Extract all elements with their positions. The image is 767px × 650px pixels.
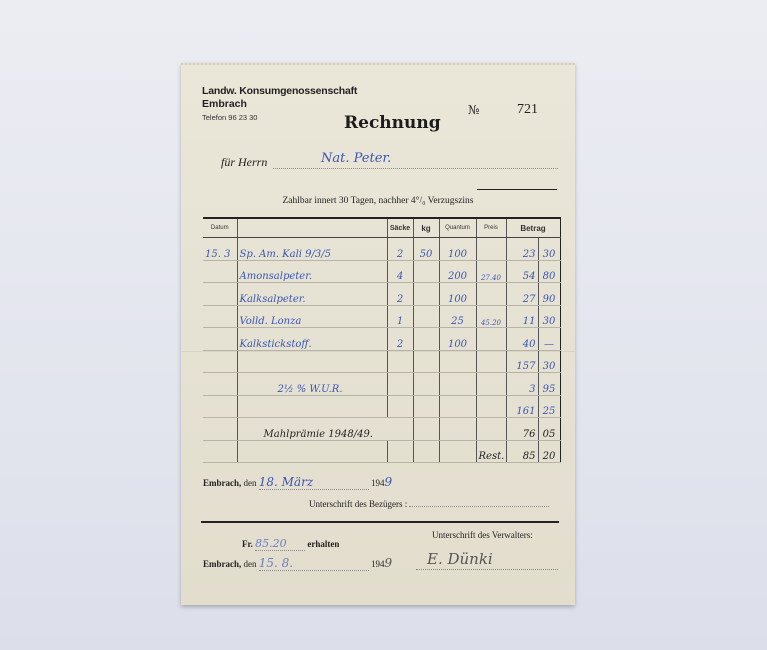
- den-label-2: den: [244, 559, 257, 569]
- invoice-items-table: Datum Säcke kg Quantum Preis Betrag 15. …: [203, 217, 561, 463]
- fr-label: Fr.: [242, 539, 253, 549]
- cell-date: [203, 395, 237, 418]
- recipient-name: Nat. Peter.: [321, 151, 391, 166]
- cell-item: Kalksalpeter.: [237, 283, 387, 306]
- manager-signature: E. Dünki: [427, 550, 493, 568]
- table-row-subtotal: 157 30: [203, 350, 560, 373]
- cell-rappen: 25: [538, 395, 560, 418]
- cell-kg: [413, 440, 439, 463]
- cell-franken: 157: [506, 350, 538, 373]
- cell-rappen: 90: [538, 283, 560, 306]
- cell-kg: [413, 328, 439, 351]
- cell-rappen: 30: [538, 350, 560, 373]
- cell-quantum: [439, 350, 476, 373]
- cell-preis: [476, 350, 506, 373]
- col-quantum: Quantum: [439, 218, 476, 238]
- cell-quantum: [439, 395, 476, 418]
- col-preis: Preis: [476, 218, 506, 238]
- cell-kg: [413, 305, 439, 328]
- cell-item: [237, 440, 387, 463]
- cell-rappen: —: [538, 328, 560, 351]
- cell-quantum: 100: [439, 328, 476, 351]
- cell-franken: 85: [506, 440, 538, 463]
- payment-date-line: Embrach, den 15. 8. 1949: [203, 556, 392, 571]
- place-label-2: Embrach,: [203, 559, 241, 569]
- cell-item: [237, 395, 387, 418]
- cell-quantum: 200: [439, 260, 476, 283]
- cell-quantum: 100: [439, 283, 476, 306]
- cell-kg: [413, 418, 439, 441]
- year-suffix-2: 9: [385, 556, 393, 570]
- section-divider: [201, 521, 559, 523]
- cell-date: 15. 3: [203, 238, 237, 261]
- cell-kg: [413, 395, 439, 418]
- cell-franken: 161: [506, 395, 538, 418]
- col-kg: kg: [413, 218, 439, 238]
- cell-kg: [413, 283, 439, 306]
- col-saecke: Säcke: [387, 218, 413, 238]
- cell-date: [203, 283, 237, 306]
- cell-quantum: [439, 418, 476, 441]
- number-sign: №: [468, 103, 479, 117]
- cell-franken: 76: [506, 418, 538, 441]
- place-label: Embrach,: [203, 478, 241, 488]
- payment-date: 15. 8.: [259, 556, 369, 571]
- year-prefix-2: 194: [371, 559, 385, 569]
- year-prefix: 194: [371, 478, 385, 488]
- cell-preis: [476, 283, 506, 306]
- cell-rest-label: Rest.: [476, 440, 506, 463]
- cell-date: [203, 260, 237, 283]
- cell-franken: 23: [506, 238, 538, 261]
- company-name: Landw. Konsumgenossenschaft: [202, 85, 357, 97]
- invoice-number: 721: [517, 102, 538, 118]
- cell-preis: [476, 395, 506, 418]
- cell-saecke: 1: [387, 305, 413, 328]
- header-rule: [477, 189, 557, 190]
- cell-date: [203, 305, 237, 328]
- cell-saecke: [387, 373, 413, 396]
- table-row: Kalkstickstoff. 2 100 40 —: [203, 328, 560, 351]
- cell-preis: [476, 328, 506, 351]
- table-row: 15. 3 Sp. Am. Kali 9/3/5 2 50 100 23 30: [203, 238, 560, 261]
- cell-saecke: 2: [387, 328, 413, 351]
- cell-saecke: 2: [387, 283, 413, 306]
- cell-item: Kalkstickstoff.: [237, 328, 387, 351]
- year-suffix: 9: [385, 475, 393, 489]
- cell-franken: 27: [506, 283, 538, 306]
- buyer-signature-field: [409, 506, 549, 507]
- cell-date: [203, 350, 237, 373]
- cell-preis: [476, 418, 506, 441]
- cell-franken: 40: [506, 328, 538, 351]
- invoice-date-line: Embrach, den 18. März 1949: [203, 475, 392, 490]
- cell-preis: [476, 238, 506, 261]
- cell-saecke: [387, 350, 413, 373]
- amount-received: 85.20: [255, 537, 305, 551]
- cell-kg: 50: [413, 238, 439, 261]
- table-row: Mahlprämie 1948/49. 76 05: [203, 418, 560, 441]
- cell-rappen: 95: [538, 373, 560, 396]
- cell-saecke: [387, 440, 413, 463]
- buyer-signature-label: Unterschrift des Bezügers :: [309, 499, 407, 509]
- table-row: Volld. Lonza 1 25 45.20 11 30: [203, 305, 560, 328]
- cell-franken: 11: [506, 305, 538, 328]
- cell-date: [203, 418, 237, 441]
- col-betrag: Betrag: [506, 218, 560, 238]
- document-title: Rechnung: [344, 113, 441, 133]
- cell-item: Volld. Lonza: [237, 305, 387, 328]
- recipient-line: [273, 168, 558, 169]
- cell-kg: [413, 350, 439, 373]
- cell-date: [203, 328, 237, 351]
- cell-item: 2½ % W.U.R.: [237, 373, 387, 396]
- cell-rappen: 20: [538, 440, 560, 463]
- table-row: Amonsalpeter. 4 200 27.40 54 80: [203, 260, 560, 283]
- col-datum: Datum: [203, 218, 237, 238]
- cell-rappen: 30: [538, 305, 560, 328]
- cell-rappen: 30: [538, 238, 560, 261]
- invoice-date: 18. März: [259, 475, 369, 490]
- cell-rappen: 05: [538, 418, 560, 441]
- cell-date: [203, 373, 237, 396]
- cell-kg: [413, 260, 439, 283]
- table-row-rest: Rest. 85 20: [203, 440, 560, 463]
- cell-quantum: [439, 373, 476, 396]
- cell-preis: 45.20: [476, 305, 506, 328]
- cell-saecke: 4: [387, 260, 413, 283]
- receipt-line: Fr. 85.20 erhalten: [242, 537, 339, 551]
- cell-rappen: 80: [538, 260, 560, 283]
- table-row-subtotal: 161 25: [203, 395, 560, 418]
- cell-franken: 3: [506, 373, 538, 396]
- cell-kg: [413, 373, 439, 396]
- cell-preis: [476, 373, 506, 396]
- table-row: Kalksalpeter. 2 100 27 90: [203, 283, 560, 306]
- manager-signature-line: [416, 569, 558, 570]
- cell-quantum: [439, 440, 476, 463]
- company-telephone: Telefon 96 23 30: [202, 113, 257, 122]
- cell-quantum: 25: [439, 305, 476, 328]
- received-label: erhalten: [307, 539, 339, 549]
- cell-preis: 27.40: [476, 260, 506, 283]
- cell-item: [237, 350, 387, 373]
- buyer-signature-line: Unterschrift des Bezügers :: [309, 499, 549, 509]
- manager-signature-label: Unterschrift des Verwalters:: [432, 530, 533, 540]
- cell-item: Mahlprämie 1948/49.: [237, 418, 413, 441]
- company-location: Embrach: [202, 98, 247, 110]
- payment-terms: Zahlbar innert 30 Tagen, nachher 4°/₀ Ve…: [181, 196, 575, 206]
- cell-date: [203, 440, 237, 463]
- cell-saecke: 2: [387, 238, 413, 261]
- cell-item: Sp. Am. Kali 9/3/5: [237, 238, 387, 261]
- cell-item: Amonsalpeter.: [237, 260, 387, 283]
- invoice-paper: Landw. Konsumgenossenschaft Embrach Tele…: [181, 63, 575, 605]
- cell-franken: 54: [506, 260, 538, 283]
- col-description: [237, 218, 387, 238]
- cell-quantum: 100: [439, 238, 476, 261]
- recipient-label: für Herrn: [221, 155, 267, 170]
- table-header-row: Datum Säcke kg Quantum Preis Betrag: [203, 218, 560, 238]
- cell-saecke: [387, 395, 413, 418]
- den-label: den: [244, 478, 257, 488]
- table-row: 2½ % W.U.R. 3 95: [203, 373, 560, 396]
